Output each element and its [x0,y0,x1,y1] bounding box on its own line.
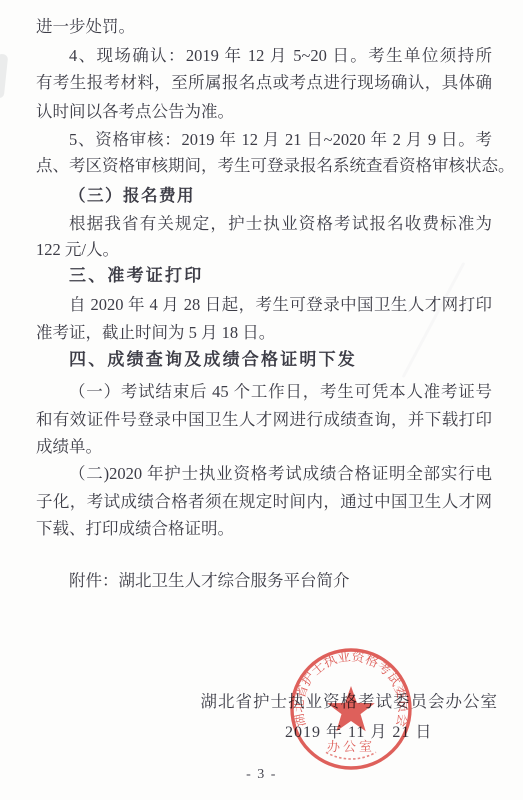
text-line: 有考生报考材料，至所属报名点或考点进行现场确认，具体确 [36,72,492,94]
text-line: 根据我省有关规定，护士执业资格考试报名收费标准为 [36,213,492,235]
text-line: 和有效证件号登录中国卫生人才网进行成绩查询，并下载打印 [36,409,492,431]
text-line: （二)2020 年护士执业资格考试成绩合格证明全部实行电 [36,463,492,485]
text-line: 进一步处罚。 [36,16,492,38]
official-seal: 湖北省护士执业资格考试委员会 办公室 [288,646,414,772]
star-icon [327,686,375,731]
attachment-line: 附件：湖北卫生人才综合服务平台简介 [36,570,492,592]
section-heading-admission-ticket: 三、准考证打印 [36,265,492,287]
document-page: 进一步处罚。 4、现场确认：2019 年 12 月 5~20 日。考生单位须持所… [0,0,523,800]
text-line: 自 2020 年 4 月 28 日起，考生可登录中国卫生人才网打印 [36,294,492,316]
text-line: 122 元/人。 [36,239,492,261]
scan-artifact [0,54,8,99]
seal-office-text: 办公室 [327,739,375,754]
section-heading-score: 四、成绩查询及成绩合格证明下发 [36,349,492,371]
text-line: 点、考区资格审核期间，考生可登录报名系统查看资格审核状态。 [36,155,523,177]
text-line: 4、现场确认：2019 年 12 月 5~20 日。考生单位须持所 [36,45,492,67]
text-line: 认时间以各考点公告为准。 [36,101,492,123]
text-line: 子化，考试成绩合格者须在规定时间内，通过中国卫生人才网 [36,491,492,513]
text-line: 5、资格审核：2019 年 12 月 21 日~2020 年 2 月 9 日。考 [36,129,492,151]
text-line: （一）考试结束后 45 个工作日，考生可凭本人准考证号 [36,381,492,403]
page-number: - 3 - [0,767,523,783]
text-line: 准考证，截止时间为 5 月 18 日。 [36,322,492,344]
text-line: 下载、打印成绩合格证明。 [36,518,492,540]
text-line: 成绩单。 [36,436,492,458]
section-heading-fee: （三）报名费用 [36,185,492,207]
